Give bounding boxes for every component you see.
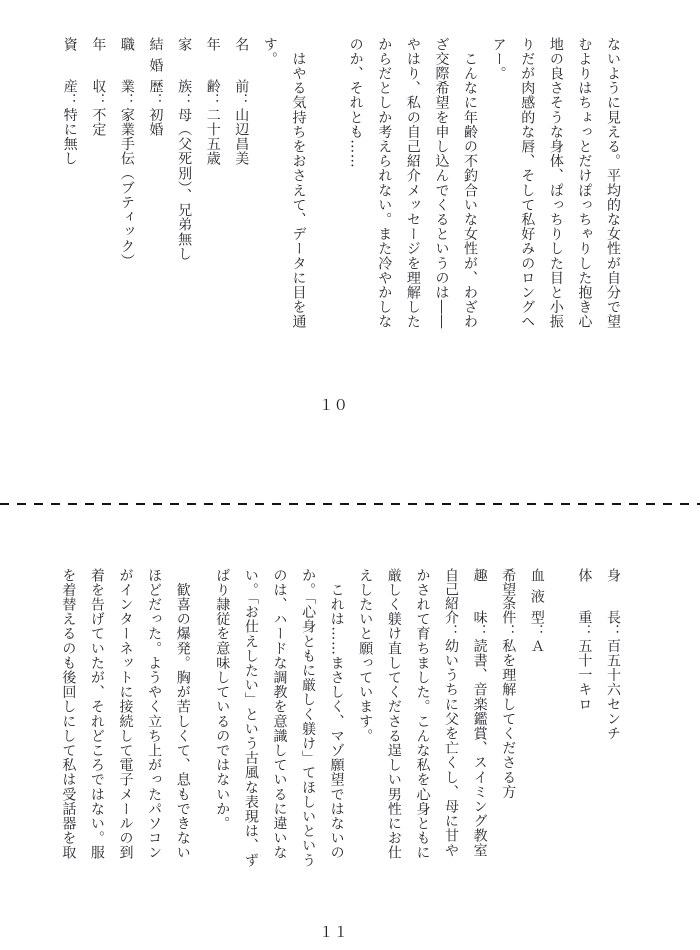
page-2-number: １１ [319, 921, 348, 942]
text-line: からだとしか考えられない。また冷やかしな [370, 37, 399, 329]
text-line: はやる気持ちをおさえて、データに目を通 [284, 37, 313, 329]
profile-value: 特に無し [62, 108, 78, 166]
text-line: い。「お仕えしたい」という古風な表現は、ず [236, 568, 265, 868]
text-line: がインターネットに接続して電子メールの到 [111, 568, 140, 868]
page-1-text-block: ないように見える。平均的な女性が自分で望むよりはちょっとだけぽっちゃりした抱き心… [55, 37, 627, 329]
text-line: 着を告げていたが、それどころではない。服 [82, 568, 111, 868]
profile-colon: ： [472, 624, 488, 639]
text-line: 地の良さそうな身体、ぱっちりした目と小振 [541, 37, 570, 329]
profile-colon: ： [233, 93, 249, 108]
profile-label: 名前 [227, 37, 256, 93]
text-line: 厳しく躾け直してくださる逞しい男性にお仕 [379, 568, 408, 868]
profile-line: 家族：母（父死別）、兄弟無し [170, 37, 199, 329]
profile-colon: ： [529, 624, 545, 639]
profile-label: 体重 [570, 568, 599, 624]
profile-colon: ： [148, 93, 164, 108]
profile-label: 自己紹介 [436, 568, 465, 624]
profile-label: 趣味 [465, 568, 494, 624]
profile-label: 希望条件 [494, 568, 523, 624]
profile-value: 幼いうちに父を亡くし、母に甘や [443, 639, 459, 858]
profile-line: 希望条件：私を理解してくださる方 [494, 568, 523, 868]
profile-label: 結婚歴 [141, 37, 170, 93]
profile-line: 結婚歴：初婚 [141, 37, 170, 329]
profile-value: 山辺昌美 [233, 108, 249, 166]
profile-colon: ： [119, 93, 135, 108]
profile-value: 読書、音楽鑑賞、スイミング教室 [472, 639, 488, 858]
profile-colon: ： [443, 624, 459, 639]
profile-colon: ： [176, 93, 192, 108]
page-2-text-block: 身長：百五十六センチ体重：五十一キロ血液型：Ａ希望条件：私を理解してくださる方趣… [54, 568, 627, 868]
profile-label: 資産 [55, 37, 84, 93]
text-line: こんなに年齢の不釣合いな女性が、わざわ [455, 37, 484, 329]
profile-line: 職業：家業手伝（ブティック） [112, 37, 141, 329]
text-line: りだが肉感的な唇、そして私好みのロングヘ [513, 37, 542, 329]
profile-colon: ： [605, 624, 621, 639]
profile-value: Ａ [529, 639, 545, 654]
profile-label: 身長 [598, 568, 627, 624]
profile-line: 資産：特に無し [55, 37, 84, 329]
text-line: ばり隷従を意味しているのではないか。 [208, 568, 237, 868]
text-line: かされて育ちました。こんな私を心身ともに [408, 568, 437, 868]
profile-label: 職業 [112, 37, 141, 93]
text-line: えしたいと願っています。 [351, 568, 380, 868]
text-line: これは……まさしく、マゾ願望ではないの [322, 568, 351, 868]
text-line: のは、ハードな調教を意識しているに違いな [265, 568, 294, 868]
profile-value: 不定 [90, 108, 106, 137]
profile-label: 年齢 [198, 37, 227, 93]
text-line: ほどだった。ようやく立ち上がったパソコン [140, 568, 169, 868]
profile-colon: ： [62, 93, 78, 108]
text-line: 歓喜の爆発。胸が苦しくて、息もできない [168, 568, 197, 868]
text-line: か。「心身ともに厳しく躾け」てほしいという [293, 568, 322, 868]
profile-value: 家業手伝（ブティック） [119, 108, 135, 269]
profile-colon: ： [500, 624, 516, 639]
page-break-divider [0, 503, 700, 505]
text-line [312, 37, 341, 329]
profile-line: 身長：百五十六センチ [598, 568, 627, 868]
profile-label: 家族 [170, 37, 199, 93]
text-line: ないように見える。平均的な女性が自分で望 [598, 37, 627, 329]
document-canvas: { "document": { "background_color": "#ff… [0, 0, 700, 950]
profile-line: 趣味：読書、音楽鑑賞、スイミング教室 [465, 568, 494, 868]
profile-line: 年齢：二十五歳 [198, 37, 227, 329]
profile-line: 年収：不定 [84, 37, 113, 329]
profile-label: 血液型 [522, 568, 551, 624]
profile-value: 初婚 [148, 108, 164, 137]
profile-value: 百五十六センチ [605, 639, 621, 741]
profile-value: 母（父死別）、兄弟無し [176, 108, 192, 262]
profile-label: 年収 [84, 37, 113, 93]
profile-colon: ： [576, 624, 592, 639]
profile-line: 体重：五十一キロ [570, 568, 599, 868]
text-line: ざ交際希望を申し込んでくるというのは―― [427, 37, 456, 329]
text-line: むよりはちょっとだけぽっちゃりした抱き心 [570, 37, 599, 329]
text-line: やはり、私の自己紹介メッセージを理解した [398, 37, 427, 329]
profile-line: 自己紹介：幼いうちに父を亡くし、母に甘や [436, 568, 465, 868]
text-line: アー。 [484, 37, 513, 329]
profile-colon: ： [205, 93, 221, 108]
profile-value: 私を理解してくださる方 [500, 639, 516, 800]
profile-value: 五十一キロ [576, 639, 592, 712]
text-line: のか、それとも…… [341, 37, 370, 329]
text-line: す。 [255, 37, 284, 329]
page-1-number: １０ [319, 394, 348, 415]
profile-value: 二十五歳 [205, 108, 221, 166]
profile-colon: ： [90, 93, 106, 108]
profile-line: 名前：山辺昌美 [227, 37, 256, 329]
profile-line: 血液型：Ａ [522, 568, 551, 868]
text-line: を着替えるのも後回しにして私は受話器を取 [54, 568, 83, 868]
